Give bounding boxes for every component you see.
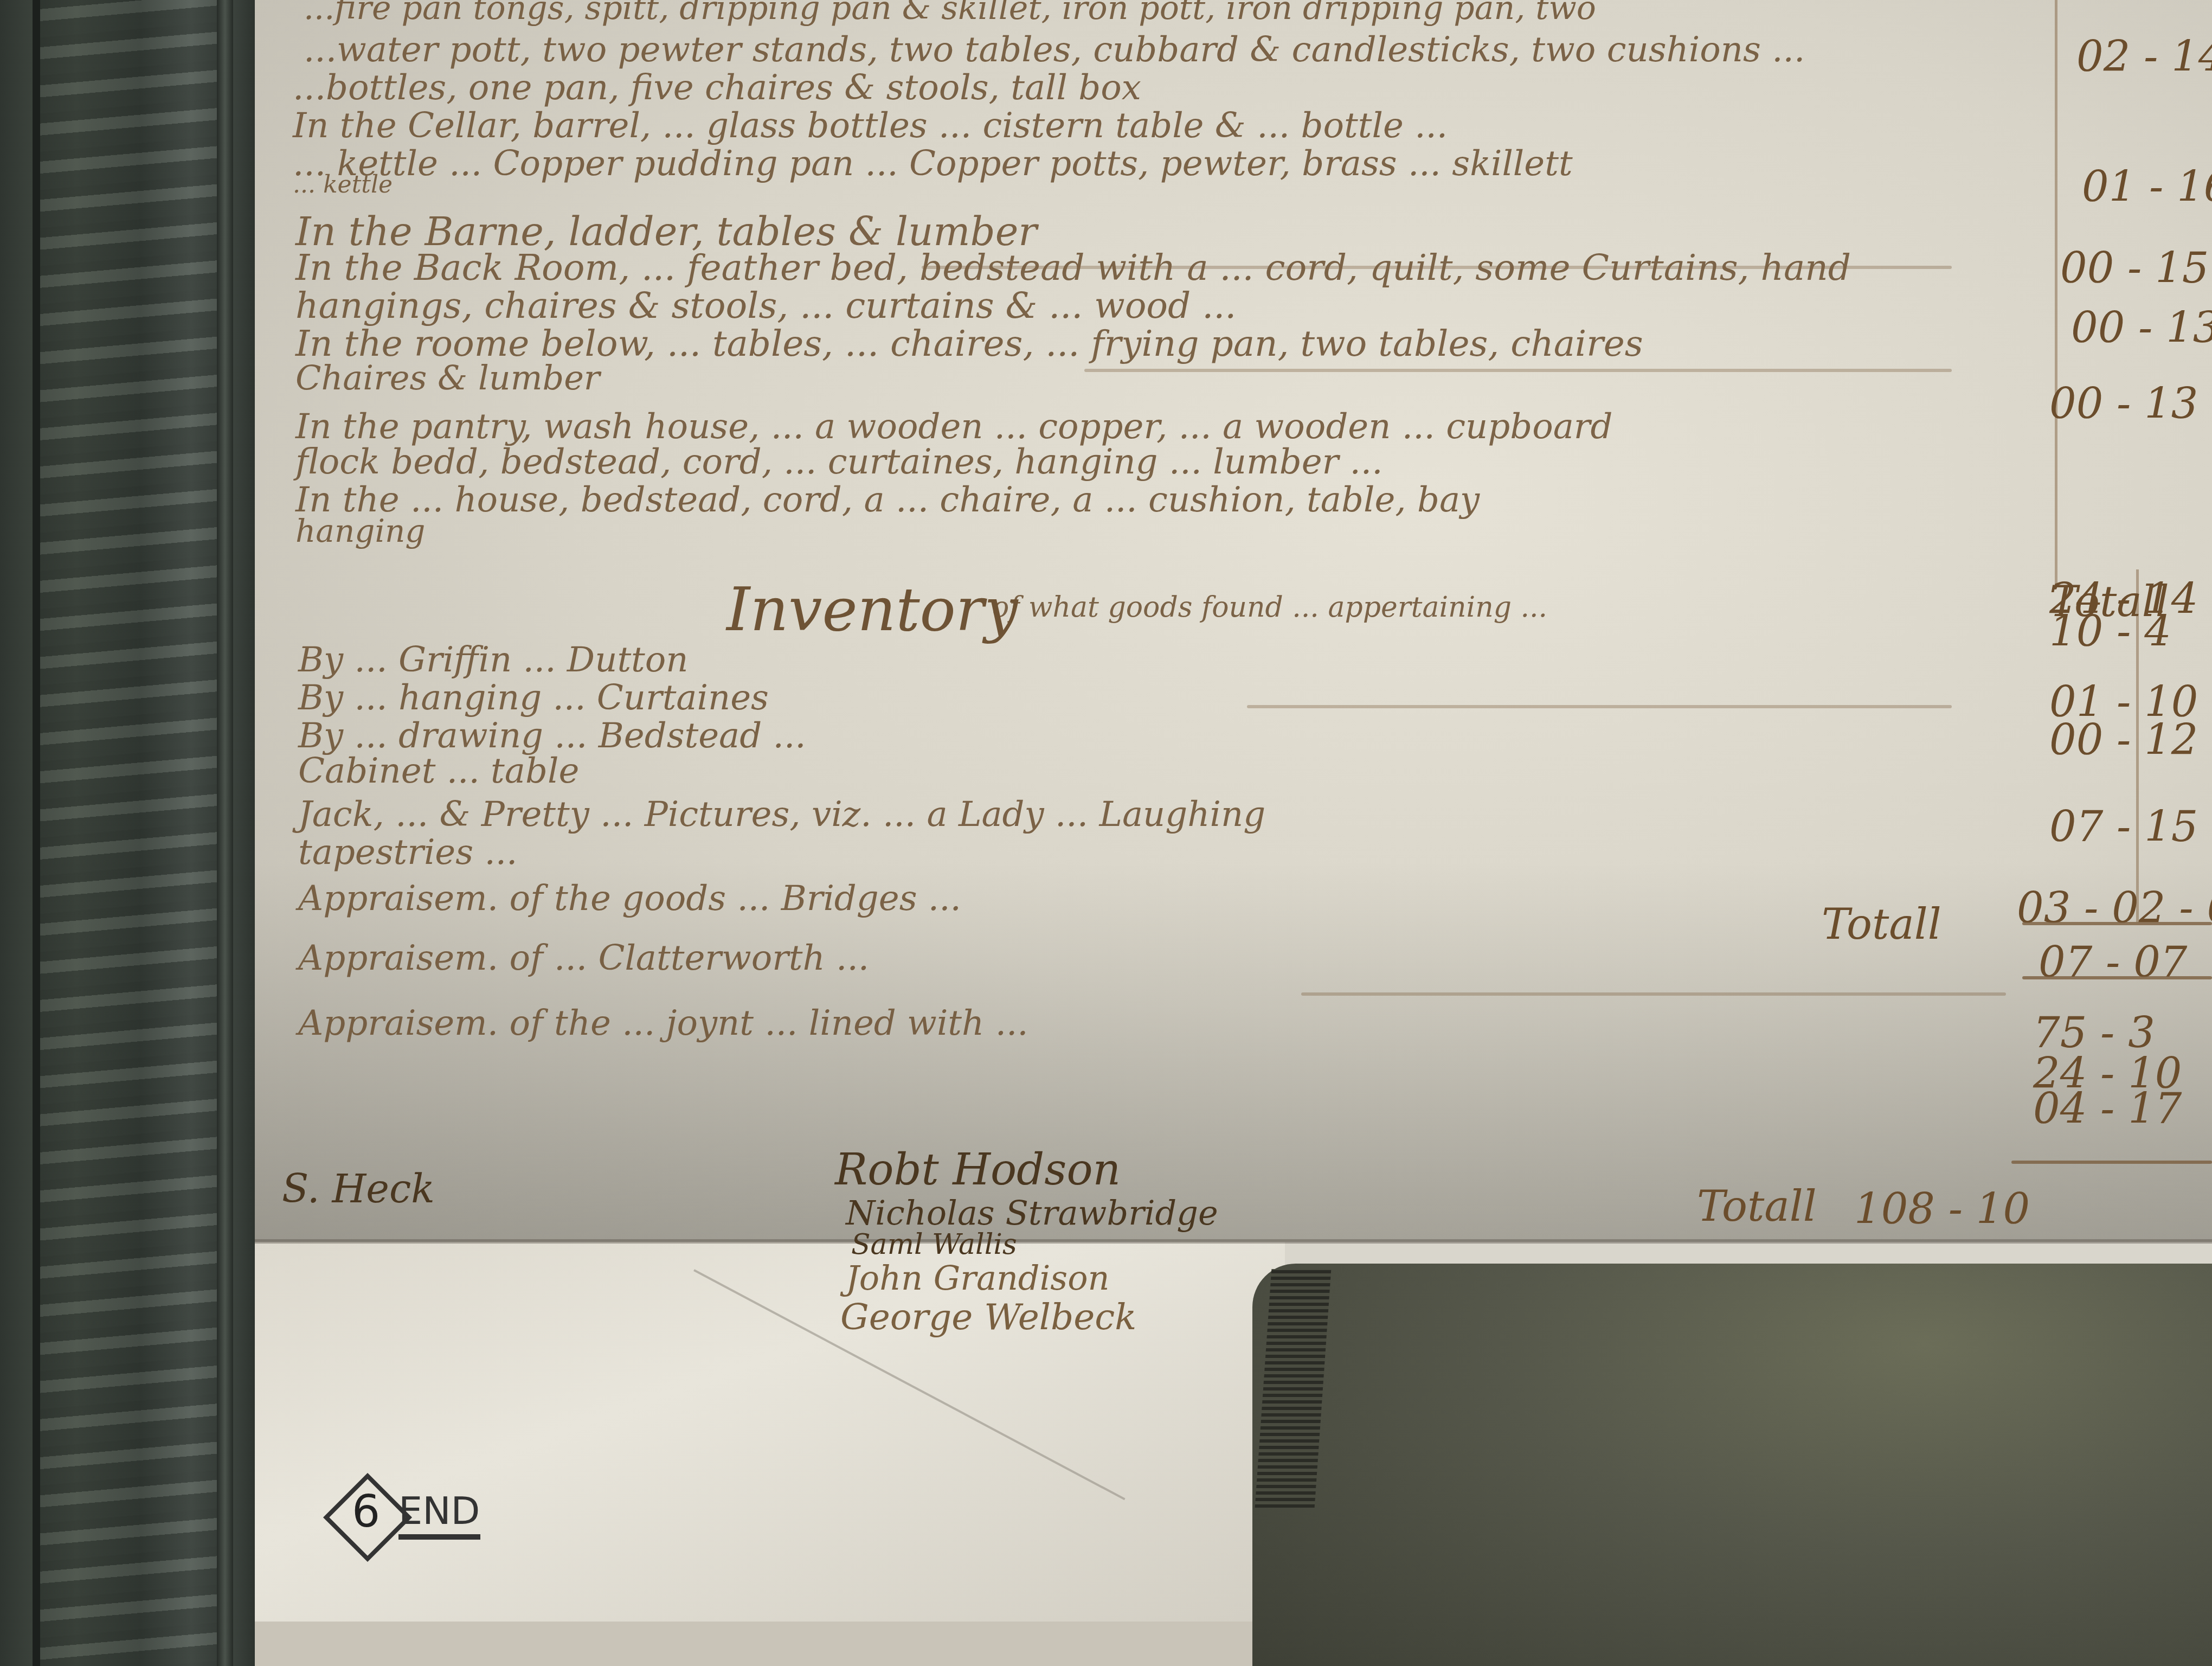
text-line: Chaires & lumber [295,358,600,398]
signature: Robt Hodson [835,1144,1121,1195]
sum-rule [2022,976,2212,979]
heading-suffix: of what goods found ... appertaining ... [992,591,1547,624]
total-label: Totall [1822,900,1941,949]
binding-edge [33,0,40,1666]
text-line: ... kettle ... Copper pudding pan ... Co… [293,144,1573,184]
text-line: tapestries ... [298,832,517,873]
amount: 10 - 4 [2049,607,2171,656]
text-line: By ... hanging ... Curtaines [298,678,769,718]
text-line: hanging [295,512,425,549]
text-line: By ... drawing ... Bedstead ... [298,716,806,756]
signature: George Welbeck [840,1296,1136,1338]
binding-texture [33,0,228,1666]
amount: 00 - 13 [2071,304,2212,353]
text-line: Appraisem. of the ... joynt ... lined wi… [298,1003,1028,1043]
dash-rule [1084,369,1952,372]
text-line: Appraisem. of ... Clatterworth ... [298,938,869,978]
cloth-weight [1252,1264,2212,1666]
total-label: Totall [1697,1182,1817,1231]
amount: 07 - 07 [2039,938,2187,987]
text-line: In the ... house, bedstead, cord, a ... … [295,480,1480,520]
end-label: END [398,1489,480,1540]
amount: 04 - 17 [2033,1085,2182,1133]
amount: 07 - 15 [2049,803,2198,851]
text-line: By ... Griffin ... Dutton [298,640,689,680]
text-line: In the pantry, wash house, ... a wooden … [295,407,1612,447]
amount: 00 - 15 [2060,244,2209,293]
amount: 01 - 16 [2082,163,2212,212]
column-rule [2055,0,2057,586]
sum-rule [2022,922,2212,925]
archive-number-marker: 6 [331,1481,401,1551]
dash-rule [1301,992,2006,996]
archive-number: 6 [331,1486,401,1537]
text-line: hangings, chaires & stools, ... curtains… [295,285,1236,326]
signature-left: S. Heck [282,1166,435,1212]
book-binding [0,0,255,1666]
fold-line [255,1239,2212,1244]
text-line: ...fire pan tongs, spitt, dripping pan &… [304,0,1596,27]
text-line: Cabinet ... table [298,751,579,791]
text-line: In the Cellar, barrel, ... glass bottles… [293,106,1448,146]
text-line: Appraisem. of the goods ... Bridges ... [298,879,961,919]
text-line: ...water pott, two pewter stands, two ta… [304,30,1805,70]
dash-rule [922,266,1952,269]
signature: John Grandison [846,1258,1109,1298]
text-line: ... kettle [293,171,393,198]
dash-rule [1247,705,1952,708]
signature: Saml Wallis [851,1228,1017,1261]
amount: 00 - 12 [2049,716,2198,765]
text-line: ...bottles, one pan, five chaires & stoo… [293,68,1141,108]
signature: Nicholas Strawbridge [846,1193,1218,1233]
text-line: flock bedd, bedstead, cord, ... curtaine… [295,442,1382,482]
grand-total-amount: 108 - 10 [1854,1185,2030,1234]
inventory-heading: Inventory [726,575,1018,644]
sum-rule [2011,1161,2212,1164]
text-line: Jack, ... & Pretty ... Pictures, viz. ..… [298,794,1265,835]
amount: 03 - 02 - 00 [2017,884,2212,933]
amount: 02 - 14 [2076,33,2212,81]
amount: 00 - 13 [2049,380,2198,428]
binding-stitch [217,0,233,1666]
